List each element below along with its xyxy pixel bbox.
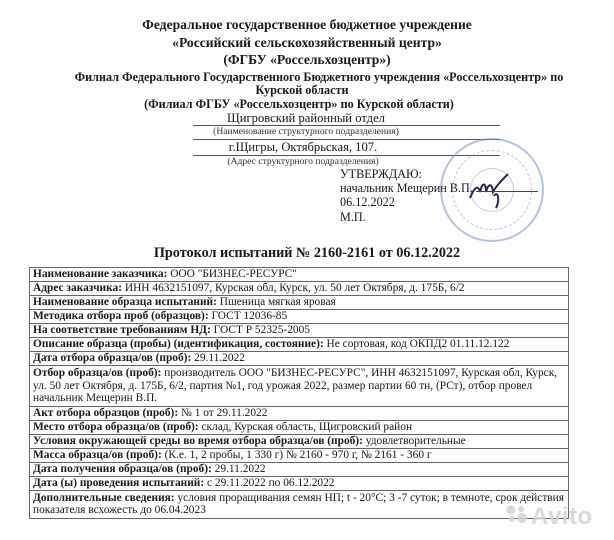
field-row-customer-name: Наименование заказчика: ООО "БИЗНЕС-РЕСУ…: [30, 268, 568, 282]
approval-date: 06.12.2022: [340, 195, 538, 209]
field-label: Адрес заказчика:: [33, 282, 122, 294]
field-label: Методика отбора проб (образцов):: [33, 310, 209, 322]
field-value: № 1 от 29.11.2022: [178, 407, 267, 419]
branch-name-abbrev: (Филиал ФГБУ «Россельхозцентр» по Курско…: [0, 97, 606, 111]
field-row-environment-conditions: Условия окружающей среды во время отбора…: [30, 435, 568, 449]
document-page: Федеральное государственное бюджетное уч…: [0, 0, 614, 540]
field-label: Дата получения образца/ов (проб):: [33, 463, 212, 475]
field-value: склад, Курская область, Щигровский район: [199, 421, 412, 433]
field-row-sampling-details: Отбор образца/ов (проб): производитель О…: [30, 366, 568, 407]
field-label: Дата (ы) проведения испытаний:: [33, 477, 204, 489]
approval-signatory: начальник Мещерин В.П.: [340, 181, 473, 195]
field-label: На соответствие требованиям НД:: [33, 324, 211, 336]
seal-mark: М.П.: [340, 210, 538, 224]
field-label: Отбор образца/ов (проб):: [33, 367, 161, 379]
avito-watermark: Avito: [505, 503, 593, 531]
field-row-additional-info: Дополнительные сведения: условия проращи…: [30, 491, 568, 519]
protocol-details-table: Наименование заказчика: ООО "БИЗНЕС-РЕСУ…: [29, 267, 569, 519]
field-row-normative-doc: На соответствие требованиям НД: ГОСТ Р 5…: [30, 324, 568, 338]
field-value: Не сортовая, код ОКПД2 01.11.12.122: [324, 338, 510, 350]
field-value: удовлетворительные: [363, 435, 466, 447]
field-label: Наименование заказчика:: [33, 268, 167, 280]
field-value: ООО "БИЗНЕС-РЕСУРС": [167, 268, 297, 280]
field-value: с 29.11.2022 по 06.12.2022: [204, 477, 334, 489]
field-value: ИНН 4632151097, Курская обл, Курск, ул. …: [122, 282, 465, 294]
field-row-sampling-method: Методика отбора проб (образцов): ГОСТ 12…: [30, 310, 568, 324]
approval-block: УТВЕРЖДАЮ: начальник Мещерин В.П. 06.12.…: [340, 167, 538, 224]
field-value: 29.11.2022: [212, 463, 266, 475]
department-caption: (Наименование структурного подразделения…: [0, 126, 613, 138]
field-value: Пшеница мягкая яровая: [217, 296, 336, 308]
field-row-receipt-date: Дата получения образца/ов (проб): 29.11.…: [30, 463, 568, 477]
avito-dots-icon: [505, 503, 531, 531]
field-row-sample-description: Описание образца (пробы) (идентификация,…: [30, 338, 568, 352]
field-label: Описание образца (пробы) (идентификация,…: [33, 338, 324, 350]
field-label: Дата отбора образца/ов (проб):: [33, 352, 191, 364]
field-value: (К.е. 1, 2 пробы, 1 330 г) № 2160 - 970 …: [162, 449, 432, 461]
approval-signatory-line: начальник Мещерин В.П.: [340, 181, 538, 195]
avito-watermark-text: Avito: [531, 503, 593, 530]
field-label: Масса образца/ов (проб):: [33, 449, 162, 461]
field-value: ГОСТ Р 52325-2005: [211, 324, 310, 336]
field-row-customer-address: Адрес заказчика: ИНН 4632151097, Курская…: [30, 282, 568, 296]
field-value: ГОСТ 12036-85: [209, 310, 288, 322]
field-row-sampling-date: Дата отбора образца/ов (проб): 29.11.202…: [30, 352, 568, 366]
org-name-line2: «Российский сельскохозяйственный центр»: [0, 35, 614, 51]
field-label: Дополнительные сведения:: [33, 492, 175, 504]
signature-line: [476, 181, 538, 192]
field-row-test-dates: Дата (ы) проведения испытаний: с 29.11.2…: [30, 477, 568, 491]
field-row-sample-name: Наименование образца испытаний: Пшеница …: [30, 296, 568, 310]
field-label: Наименование образца испытаний:: [33, 296, 217, 308]
field-row-sample-mass: Масса образца/ов (проб): (К.е. 1, 2 проб…: [30, 449, 568, 463]
approval-label: УТВЕРЖДАЮ:: [340, 167, 538, 181]
branch-name-line2: Курской области: [0, 83, 609, 97]
field-value: 29.11.2022: [191, 352, 245, 364]
field-label: Акт отбора образцов (проб):: [33, 407, 178, 419]
org-name-line1: Федеральное государственное бюджетное уч…: [0, 17, 614, 33]
field-row-sampling-place: Место отбора образца/ов (проб): склад, К…: [30, 421, 568, 435]
field-row-sampling-act: Акт отбора образцов (проб): № 1 от 29.11…: [30, 407, 568, 421]
protocol-title: Протокол испытаний № 2160-2161 от 06.12.…: [0, 244, 614, 262]
org-name-abbrev: (ФГБУ «Россельхозцентр»): [0, 52, 614, 68]
field-label: Место отбора образца/ов (проб):: [33, 421, 199, 433]
department-name: Щигровский районный отдел: [0, 111, 613, 125]
field-label: Условия окружающей среды во время отбора…: [33, 435, 363, 447]
branch-name-line1: Филиал Федерального Государственного Бюд…: [12, 70, 614, 84]
